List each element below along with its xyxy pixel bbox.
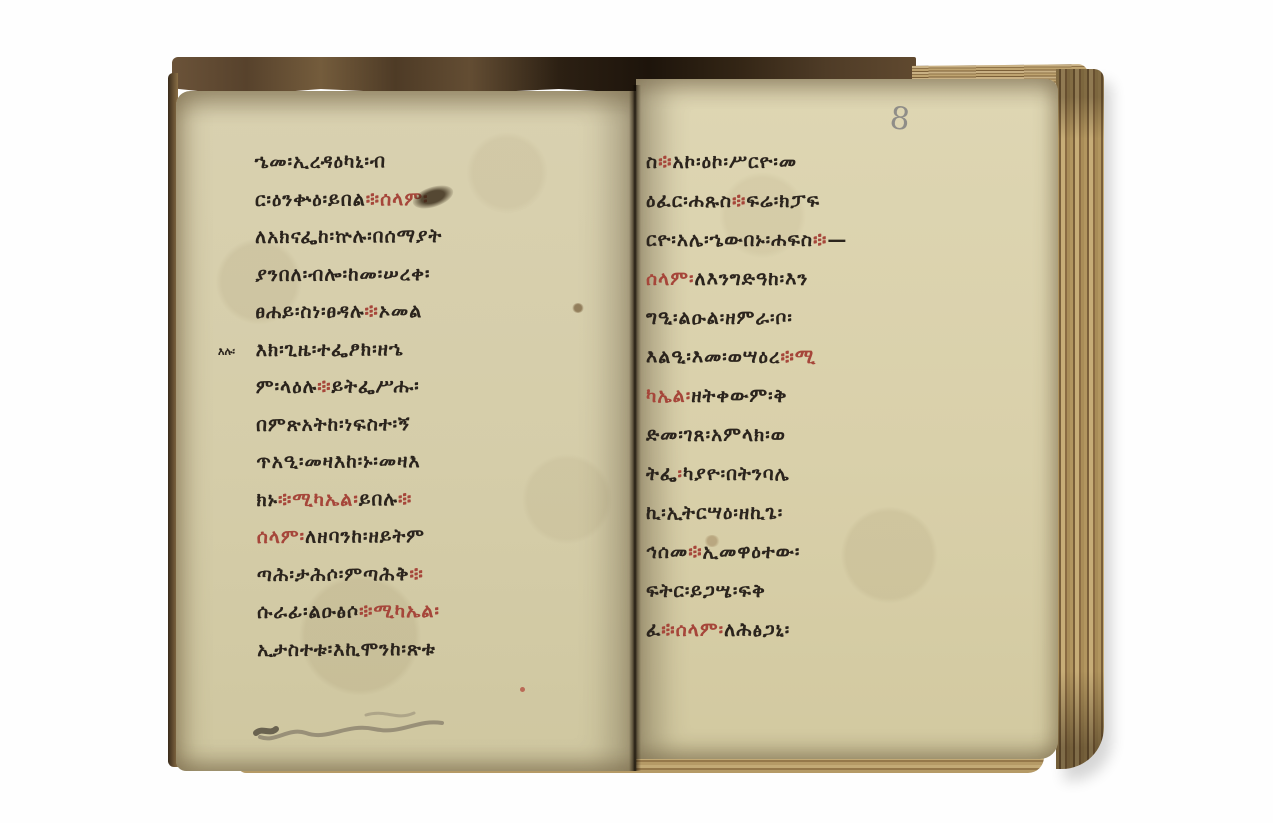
text-segment-black-ink: አኮ፡ዕኮ፡ሥርዮ፡መ xyxy=(673,151,798,173)
text-segment-black-ink: ለአክናፌከ፡ኵሉ፡በሰማያት xyxy=(255,225,442,248)
text-segment-black-ink: ካያዮ፡በትንባሌ xyxy=(683,463,790,485)
text-segment-red-ink: ፨ xyxy=(813,229,827,251)
text-line: ዕፈር፡ሐጹስ፨ፍሬ፡ክፓፍ xyxy=(646,182,1050,221)
text-segment-black-ink: ኅሰመ xyxy=(646,541,688,563)
text-line: ሰላም፡ለእንግድዓከ፡እን xyxy=(646,260,1050,299)
text-segment-red-ink: ፨ሰላም፡ xyxy=(366,188,429,210)
text-segment-black-ink: ጣሕ፡ታሕሶ፡ምጣሕቅ xyxy=(257,563,410,586)
text-segment-red-ink: ፨ሚካኤል፡ xyxy=(278,488,359,510)
text-segment-black-ink: እልዒ፡እመ፡ወሣዕረ xyxy=(646,346,781,368)
text-segment-black-ink: ኪ፡ኢትርሣዕ፡ዘኪጌ፡ xyxy=(646,502,783,524)
text-line: ሱራፊ፡ልዑፅሶ፨ሚካኤል፡ xyxy=(257,592,643,632)
text-line: ር፡ዕንቍዕ፡ይበል፨ሰላም፡ xyxy=(255,179,641,219)
text-segment-red-ink: ፨ xyxy=(364,300,378,322)
text-segment-red-ink: ሰላም፡ xyxy=(646,268,694,290)
text-segment-black-ink: ም፡ላዕሉ xyxy=(256,376,317,398)
text-line: በምጽአትከ፡ነፍስተ፡ኝ xyxy=(256,404,642,444)
text-segment-red-ink: ሰላም፡ xyxy=(257,526,306,548)
text-segment-red-ink: ፨ xyxy=(317,376,331,398)
text-segment-black-ink: ኢታስተቱ፡እኪሞንከ፡ጽቱ xyxy=(257,638,436,661)
text-segment-black-ink: ድመ፡ገጸ፡አምላክ፡ወ xyxy=(646,424,786,446)
text-segment-black-ink: ትፌ xyxy=(646,463,677,485)
text-line: ሰላም፡ለዘባንከ፡ዘይትም xyxy=(257,517,643,557)
text-segment-black-ink: ያንበለ፡ብሎ፡ከመ፡ሠረቀ፡ xyxy=(255,263,430,286)
text-line: እክ፡ጊዜ፡ተፌፆክ፡ዘኄ xyxy=(256,329,642,369)
text-line: ርዮ፡አሌ፡ኄውበኑ፡ሐፍስ፨— xyxy=(646,221,1050,260)
photo-background: 8 ኄመ፡ኢረዳዕካኒ፡ብር፡ዕንቍዕ፡ይበል፨ሰላም፡ለአክናፌከ፡ኵሉ፡በሰ… xyxy=(0,0,1273,823)
text-line: ስ፨አኮ፡ዕኮ፡ሥርዮ፡መ xyxy=(646,143,1050,182)
manuscript-book: 8 ኄመ፡ኢረዳዕካኒ፡ብር፡ዕንቍዕ፡ይበል፨ሰላም፡ለአክናፌከ፡ኵሉ፡በሰ… xyxy=(168,57,1104,775)
text-segment-black-ink: ይበሉ xyxy=(359,488,398,510)
text-segment-black-ink: ለሕፅጋኒ፡ xyxy=(724,619,790,641)
text-segment-black-ink: ይትፌሥሑ፡ xyxy=(331,375,419,397)
text-line: ፈ፨ሰላም፡ለሕፅጋኒ፡ xyxy=(646,611,1050,650)
text-line: ኢታስተቱ፡እኪሞንከ፡ጽቱ xyxy=(257,629,643,669)
text-line: ያንበለ፡ብሎ፡ከመ፡ሠረቀ፡ xyxy=(255,254,641,294)
text-segment-red-ink: ፨ xyxy=(688,541,702,563)
text-segment-black-ink: በምጽአትከ፡ነፍስተ፡ኝ xyxy=(256,413,410,436)
text-segment-red-ink: ፨ሰላም፡ xyxy=(661,619,724,641)
text-segment-red-ink: ካኤል፡ xyxy=(646,385,691,407)
text-line: ግዒ፡ልዑል፡ዘምራ፡ቦ፡ xyxy=(646,299,1050,338)
text-line: ካኤል፡ዘትቀውም፡ቅ xyxy=(646,377,1050,416)
text-line: ኪ፡ኢትርሣዕ፡ዘኪጌ፡ xyxy=(646,494,1050,533)
text-segment-black-ink: ዘትቀውም፡ቅ xyxy=(691,385,787,407)
text-segment-red-ink: ፨ xyxy=(658,151,672,173)
text-segment-red-ink: ፨ xyxy=(732,190,746,212)
text-segment-black-ink: ር፡ዕንቍዕ፡ይበል xyxy=(255,188,366,211)
text-segment-black-ink: ክኑ xyxy=(256,488,278,510)
text-line: ም፡ላዕሉ፨ይትፌሥሑ፡ xyxy=(256,367,642,407)
left-page-text: ኄመ፡ኢረዳዕካኒ፡ብር፡ዕንቍዕ፡ይበል፨ሰላም፡ለአክናፌከ፡ኵሉ፡በሰማያ… xyxy=(255,142,644,669)
text-segment-black-ink: — xyxy=(827,229,847,251)
text-line: ለአክናፌከ፡ኵሉ፡በሰማያት xyxy=(255,217,641,257)
text-line: ፍትር፡ይጋሤ፡ፍቅ xyxy=(646,572,1050,611)
text-segment-black-ink: ኦመል xyxy=(379,300,423,322)
text-line: ትፌ፡ካያዮ፡በትንባሌ xyxy=(646,455,1050,494)
scribble-mark xyxy=(246,693,496,755)
text-line: ጥአዒ፡መዛእከ፡ኑ፡መዛእ xyxy=(256,442,642,482)
text-line: ኅሰመ፨ኢመዋዕተው፡ xyxy=(646,533,1050,572)
text-segment-black-ink: ስ xyxy=(646,151,658,173)
right-page-text: ስ፨አኮ፡ዕኮ፡ሥርዮ፡መዕፈር፡ሐጹስ፨ፍሬ፡ክፓፍርዮ፡አሌ፡ኄውበኑ፡ሐፍ… xyxy=(646,143,1050,650)
text-segment-black-ink: እክ፡ጊዜ፡ተፌፆክ፡ዘኄ xyxy=(256,338,404,361)
text-line: እልዒ፡እመ፡ወሣዕረ፨ሚ xyxy=(646,338,1050,377)
text-segment-black-ink: ርዮ፡አሌ፡ኄውበኑ፡ሐፍስ xyxy=(646,229,813,251)
text-segment-red-ink: ፨ሚካኤል፡ xyxy=(359,600,440,622)
text-segment-red-ink: ፨ xyxy=(409,563,423,585)
text-segment-black-ink: ፀሐይ፡ስነ፡ፀዳሉ xyxy=(255,300,364,323)
text-segment-black-ink: ኢመዋዕተው፡ xyxy=(703,541,801,563)
text-segment-black-ink: ግዒ፡ልዑል፡ዘምራ፡ቦ፡ xyxy=(646,307,793,329)
text-segment-black-ink: ለእንግድዓከ፡እን xyxy=(694,268,808,290)
text-segment-black-ink: ለዘባንከ፡ዘይትም xyxy=(305,525,425,548)
interlinear-insertion: እሉ፡ xyxy=(218,345,235,359)
text-segment-black-ink: ዕፈር፡ሐጹስ xyxy=(646,190,732,212)
text-line: ድመ፡ገጸ፡አምላክ፡ወ xyxy=(646,416,1050,455)
text-segment-black-ink: ፈ xyxy=(646,619,661,641)
page-edge-stack-right xyxy=(1056,69,1104,769)
text-segment-black-ink: ፍሬ፡ክፓፍ xyxy=(746,190,820,212)
text-segment-black-ink: ፍትር፡ይጋሤ፡ፍቅ xyxy=(646,580,766,602)
text-segment-red-ink: ፨ xyxy=(398,488,412,510)
text-segment-red-ink: ፨ሚ xyxy=(781,346,817,368)
text-segment-black-ink: ሱራፊ፡ልዑፅሶ xyxy=(257,600,359,623)
text-line: ፀሐይ፡ስነ፡ፀዳሉ፨ኦመል xyxy=(255,292,641,332)
text-line: ክኑ፨ሚካኤል፡ይበሉ፨ xyxy=(256,479,642,519)
text-segment-black-ink: ኄመ፡ኢረዳዕካኒ፡ብ xyxy=(255,150,386,173)
text-line: ጣሕ፡ታሕሶ፡ምጣሕቅ፨ xyxy=(257,554,643,594)
text-line: ኄመ፡ኢረዳዕካኒ፡ብ xyxy=(255,142,641,182)
text-segment-black-ink: ጥአዒ፡መዛእከ፡ኑ፡መዛእ xyxy=(256,450,420,473)
